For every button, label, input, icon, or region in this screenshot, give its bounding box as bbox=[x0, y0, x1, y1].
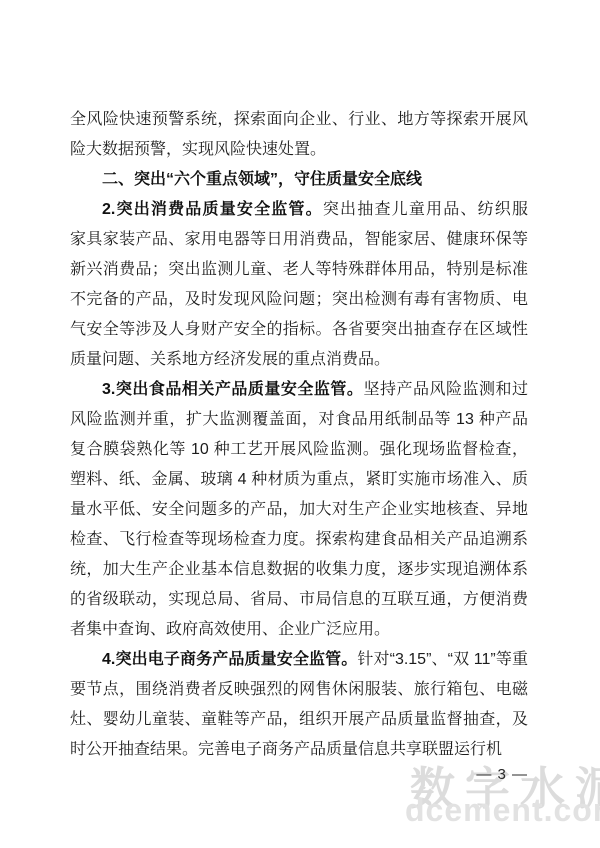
line-text: 质量问题、关系地方经济发展的重点消费品。 bbox=[70, 351, 390, 368]
heading-line: 二、突出“六个重点领域”，守住质量安全底线 bbox=[70, 165, 528, 195]
line-text: 不完备的产品，及时发现风险问题；突出检测有毒有害物质、电 bbox=[70, 291, 528, 308]
line-text: 的省级联动，实现总局、省局、市局信息的互联互通，方便消费 bbox=[70, 591, 528, 608]
document-page: 数字水泥 dcement.com 全风险快速预警系统，探索面向企业、行业、地方等… bbox=[0, 0, 600, 848]
text-line: 的省级联动，实现总局、省局、市局信息的互联互通，方便消费 bbox=[70, 585, 528, 615]
text-line: 家具家装产品、家用电器等日用消费品，智能家居、健康环保等 bbox=[70, 225, 528, 255]
text-line: 检查、飞行检查等现场检查力度。探索构建食品相关产品追溯系 bbox=[70, 525, 528, 555]
text-line: 质量问题、关系地方经济发展的重点消费品。 bbox=[70, 345, 528, 375]
paragraph-lead: 2.突出消费品质量安全监管。 bbox=[102, 201, 323, 218]
line-text: 灶、婴幼儿童装、童鞋等产品，组织开展产品质量监督抽查，及 bbox=[70, 711, 528, 728]
text-line: 4.突出电子商务产品质量安全监管。针对“3.15”、“双 11”等重 bbox=[70, 645, 528, 675]
line-text: 风险监测并重，扩大监测覆盖面，对食品用纸制品等 13 种产品和 bbox=[70, 411, 528, 435]
text-line: 全风险快速预警系统，探索面向企业、行业、地方等探索开展风 bbox=[70, 105, 528, 135]
paragraph-lead: 二、突出“六个重点领域”，守住质量安全底线 bbox=[102, 171, 422, 188]
line-text: 检查、飞行检查等现场检查力度。探索构建食品相关产品追溯系 bbox=[70, 531, 528, 548]
text-line: 险大数据预警，实现风险快速处置。 bbox=[70, 135, 528, 165]
document-content: 全风险快速预警系统，探索面向企业、行业、地方等探索开展风险大数据预警，实现风险快… bbox=[70, 105, 528, 765]
text-line: 气安全等涉及人身财产安全的指标。各省要突出抽查存在区域性 bbox=[70, 315, 528, 345]
text-line: 要节点，围绕消费者反映强烈的网售休闲服装、旅行箱包、电磁 bbox=[70, 675, 528, 705]
line-text: 全风险快速预警系统，探索面向企业、行业、地方等探索开展风 bbox=[70, 111, 528, 128]
text-line: 不完备的产品，及时发现风险问题；突出检测有毒有害物质、电 bbox=[70, 285, 528, 315]
paragraph-lead: 3.突出食品相关产品质量安全监管。 bbox=[102, 381, 363, 398]
line-text: 要节点，围绕消费者反映强烈的网售休闲服装、旅行箱包、电磁 bbox=[70, 681, 528, 698]
text-line: 量水平低、安全问题多的产品，加大对生产企业实地核查、异地 bbox=[70, 495, 528, 525]
text-line: 者集中查询、政府高效使用、企业广泛应用。 bbox=[70, 615, 528, 645]
line-text: 统，加大生产企业基本信息数据的收集力度，逐步实现追溯体系 bbox=[70, 561, 528, 578]
text-line: 灶、婴幼儿童装、童鞋等产品，组织开展产品质量监督抽查，及 bbox=[70, 705, 528, 735]
text-line: 风险监测并重，扩大监测覆盖面，对食品用纸制品等 13 种产品和 bbox=[70, 405, 528, 435]
line-text: 针对“3.15”、“双 11”等重 bbox=[357, 651, 528, 668]
page-number: — 3 — bbox=[70, 766, 528, 783]
line-text: 家具家装产品、家用电器等日用消费品，智能家居、健康环保等 bbox=[70, 231, 528, 248]
line-text: 险大数据预警，实现风险快速处置。 bbox=[70, 141, 326, 158]
text-line: 塑料、纸、金属、玻璃 4 种材质为重点，紧盯实施市场准入、质 bbox=[70, 465, 528, 495]
text-line: 复合膜袋熟化等 10 种工艺开展风险监测。强化现场监督检查，以 bbox=[70, 435, 528, 465]
text-line: 新兴消费品；突出监测儿童、老人等特殊群体用品，特别是标准 bbox=[70, 255, 528, 285]
watermark-en-text: dcement.com bbox=[405, 792, 600, 829]
text-line: 统，加大生产企业基本信息数据的收集力度，逐步实现追溯体系 bbox=[70, 555, 528, 585]
line-text: 时公开抽查结果。完善电子商务产品质量信息共享联盟运行机 bbox=[70, 741, 502, 758]
line-text: 复合膜袋熟化等 10 种工艺开展风险监测。强化现场监督检查，以 bbox=[70, 441, 528, 465]
text-line: 3.突出食品相关产品质量安全监管。坚持产品风险监测和过程 bbox=[70, 375, 528, 405]
line-text: 气安全等涉及人身财产安全的指标。各省要突出抽查存在区域性 bbox=[70, 321, 528, 338]
paragraph-lead: 4.突出电子商务产品质量安全监管。 bbox=[102, 651, 357, 668]
line-text: 塑料、纸、金属、玻璃 4 种材质为重点，紧盯实施市场准入、质 bbox=[70, 471, 528, 488]
line-text: 新兴消费品；突出监测儿童、老人等特殊群体用品，特别是标准 bbox=[70, 261, 528, 278]
text-line: 2.突出消费品质量安全监管。突出抽查儿童用品、纺织服装、 bbox=[70, 195, 528, 225]
line-text: 量水平低、安全问题多的产品，加大对生产企业实地核查、异地 bbox=[70, 501, 528, 518]
text-line: 时公开抽查结果。完善电子商务产品质量信息共享联盟运行机 bbox=[70, 735, 528, 765]
line-text: 者集中查询、政府高效使用、企业广泛应用。 bbox=[70, 621, 390, 638]
